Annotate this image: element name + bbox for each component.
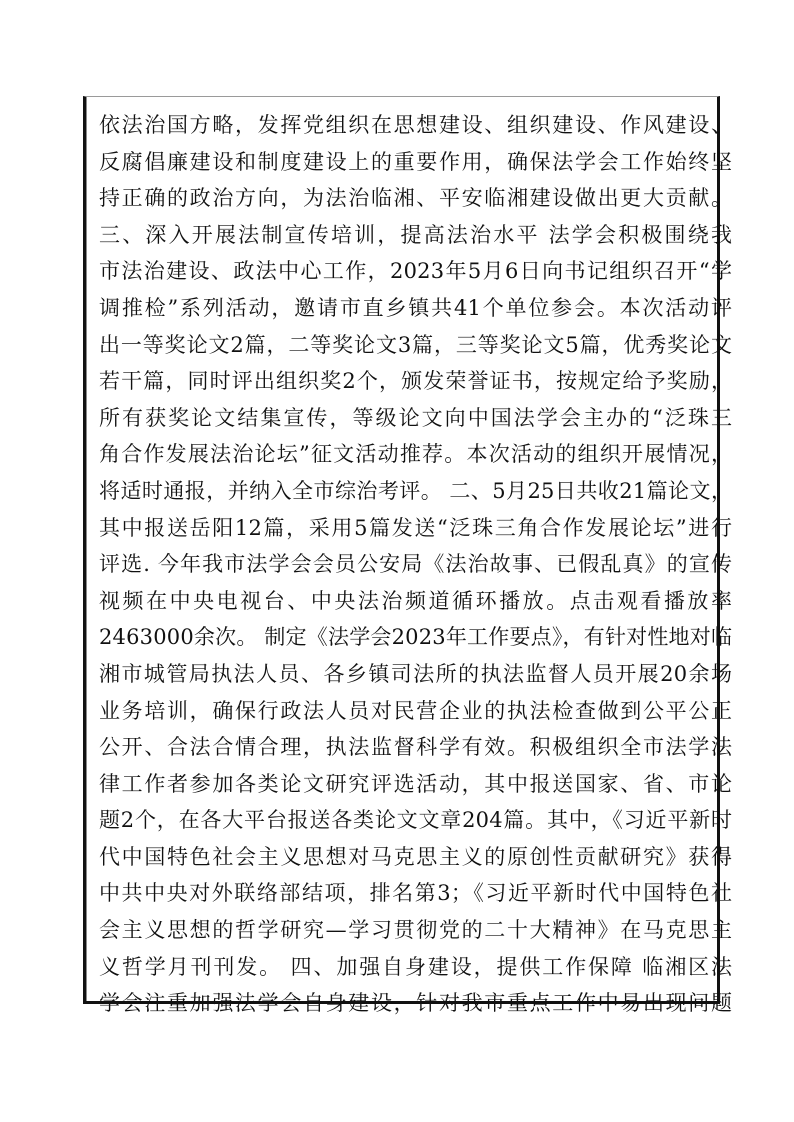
text-line: 其中报送岳阳12篇，采用5篇发送“泛珠三角合作发展论坛”进行: [99, 510, 732, 547]
body-paragraph: 依法治国方略，发挥党组织在思想建设、组织建设、作风建设、 反腐倡廉建设和制度建设…: [99, 107, 732, 1022]
text-line: 律工作者参加各类论文研究评选活动，其中报送国家、省、市论: [99, 766, 732, 803]
text-line: 若干篇，同时评出组织奖2个，颁发荣誉证书，按规定给予奖励，: [99, 363, 732, 400]
text-line: 会主义思想的哲学研究—学习贯彻党的二十大精神》在马克思主: [99, 912, 732, 949]
text-line: 市法治建设、政法中心工作，2023年5月6日向书记组织召开“学: [99, 253, 732, 290]
text-line: 所有获奖论文结集宣传，等级论文向中国法学会主办的“泛珠三: [99, 400, 732, 437]
text-line: 反腐倡廉建设和制度建设上的重要作用，确保法学会工作始终坚: [99, 144, 732, 181]
text-line: 出一等奖论文2篇，二等奖论文3篇，三等奖论文5篇，优秀奖论文: [99, 327, 732, 364]
text-line: 三、深入开展法制宣传培训，提高法治水平 法学会积极围绕我: [99, 217, 732, 254]
text-line: 评选. 今年我市法学会会员公安局《法治故事、已假乱真》的宣传: [99, 546, 732, 583]
table-content-cell: 依法治国方略，发挥党组织在思想建设、组织建设、作风建设、 反腐倡廉建设和制度建设…: [87, 97, 736, 1001]
text-line: 学会注重加强法学会自身建设，针对我市重点工作中易出现问题: [99, 985, 732, 1022]
text-line: 依法治国方略，发挥党组织在思想建设、组织建设、作风建设、: [99, 107, 732, 144]
text-line: 公开、合法合情合理，执法监督科学有效。积极组织全市法学法: [99, 729, 732, 766]
text-line: 代中国特色社会主义思想对马克思主义的原创性贡献研究》获得: [99, 839, 732, 876]
text-line: 角合作发展法治论坛”征文活动推荐。本次活动的组织开展情况，: [99, 436, 732, 473]
text-line: 2463000余次。 制定《法学会2023年工作要点》，有针对性地对临: [99, 619, 732, 656]
text-line: 视频在中央电视台、中央法治频道循环播放。点击观看播放率: [99, 583, 732, 620]
text-line: 持正确的政治方向，为法治临湘、平安临湘建设做出更大贡献。: [99, 180, 732, 217]
text-line: 调推检”系列活动，邀请市直乡镇共41个单位参会。本次活动评: [99, 290, 732, 327]
document-table: 依法治国方略，发挥党组织在思想建设、组织建设、作风建设、 反腐倡廉建设和制度建设…: [83, 96, 720, 1004]
text-line: 将适时通报，并纳入全市综治考评。 二、5月25日共收21篇论文，: [99, 473, 732, 510]
text-line: 中共中央对外联络部结项，排名第3；《习近平新时代中国特色社: [99, 875, 732, 912]
text-line: 题2个，在各大平台报送各类论文文章204篇。其中，《习近平新时: [99, 802, 732, 839]
text-line: 义哲学月刊刊发。 四、加强自身建设，提供工作保障 临湘区法: [99, 949, 732, 986]
text-line: 湘市城管局执法人员、各乡镇司法所的执法监督人员开展20余场: [99, 656, 732, 693]
text-line: 业务培训，确保行政法人员对民营企业的执法检查做到公平公正: [99, 693, 732, 730]
